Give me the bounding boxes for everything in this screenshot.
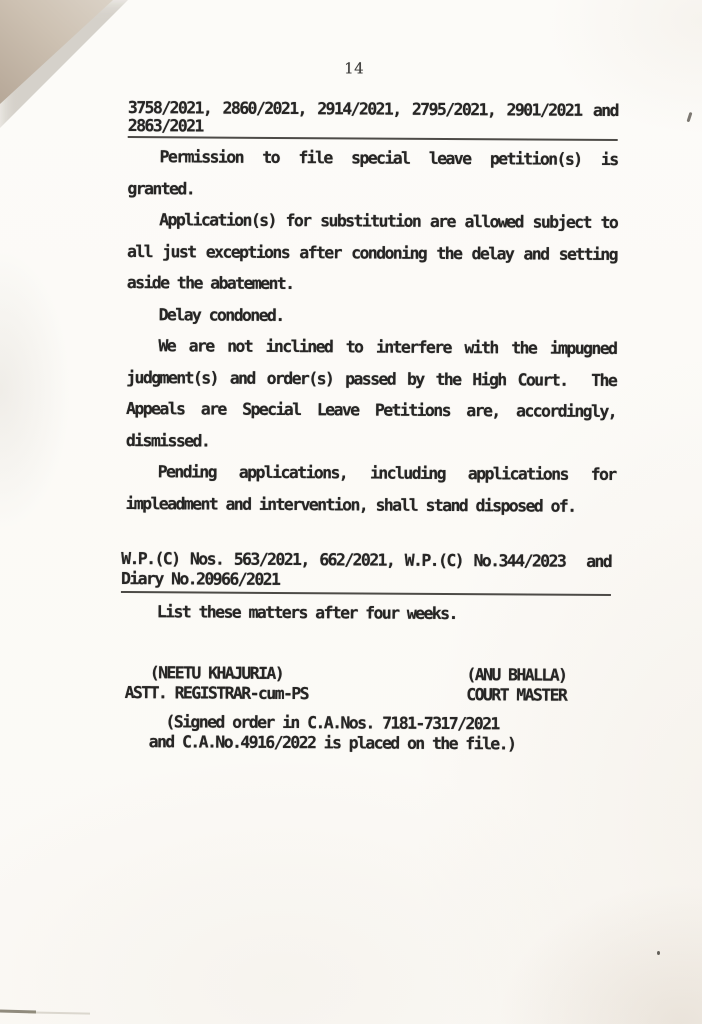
- signatory-right-name: (ANU BHALLA): [454, 665, 578, 686]
- page-number: 14: [344, 59, 364, 77]
- signed-order-note-line2: and C.A.No.4916/2022 is placed on the fi…: [124, 732, 540, 754]
- signatory-left-name: (NEETU KHAJURIA): [118, 663, 314, 684]
- document-page: 14 3758/2021, 2860/2021, 2914/2021, 2795…: [0, 0, 702, 1024]
- signatory-right-title: COURT MASTER: [454, 685, 578, 706]
- case-numbers-heading: 3758/2021, 2860/2021, 2914/2021, 2795/20…: [128, 99, 618, 141]
- order-body: Permission to file special leave petitio…: [125, 141, 617, 522]
- signed-order-note-line1: (Signed order in C.A.Nos. 7181-7317/2021: [124, 712, 540, 734]
- signatory-left-title: ASTT. REGISTRAR-cum-PS: [118, 683, 314, 704]
- signatory-right: (ANU BHALLA) COURT MASTER: [454, 665, 578, 706]
- wp-case-numbers-heading: W.P.(C) Nos. 563/2021, 662/2021, W.P.(C)…: [121, 549, 611, 596]
- signatory-left: (NEETU KHAJURIA) ASTT. REGISTRAR-cum-PS: [118, 663, 314, 704]
- listing-direction: List these matters after four weeks.: [125, 596, 615, 630]
- signed-order-note: (Signed order in C.A.Nos. 7181-7317/2021…: [124, 712, 540, 754]
- order-paragraph-dismissal: We are not inclined to interfere with th…: [126, 330, 617, 459]
- scan-speck-artifact: [657, 951, 660, 955]
- order-paragraph-pending-applications: Pending applications, including applicat…: [125, 456, 615, 522]
- order-paragraph-permission: Permission to file special leave petitio…: [127, 141, 617, 207]
- order-paragraph-delay: Delay condoned.: [127, 299, 617, 333]
- order-paragraph-substitution: Application(s) for substitution are allo…: [127, 204, 618, 301]
